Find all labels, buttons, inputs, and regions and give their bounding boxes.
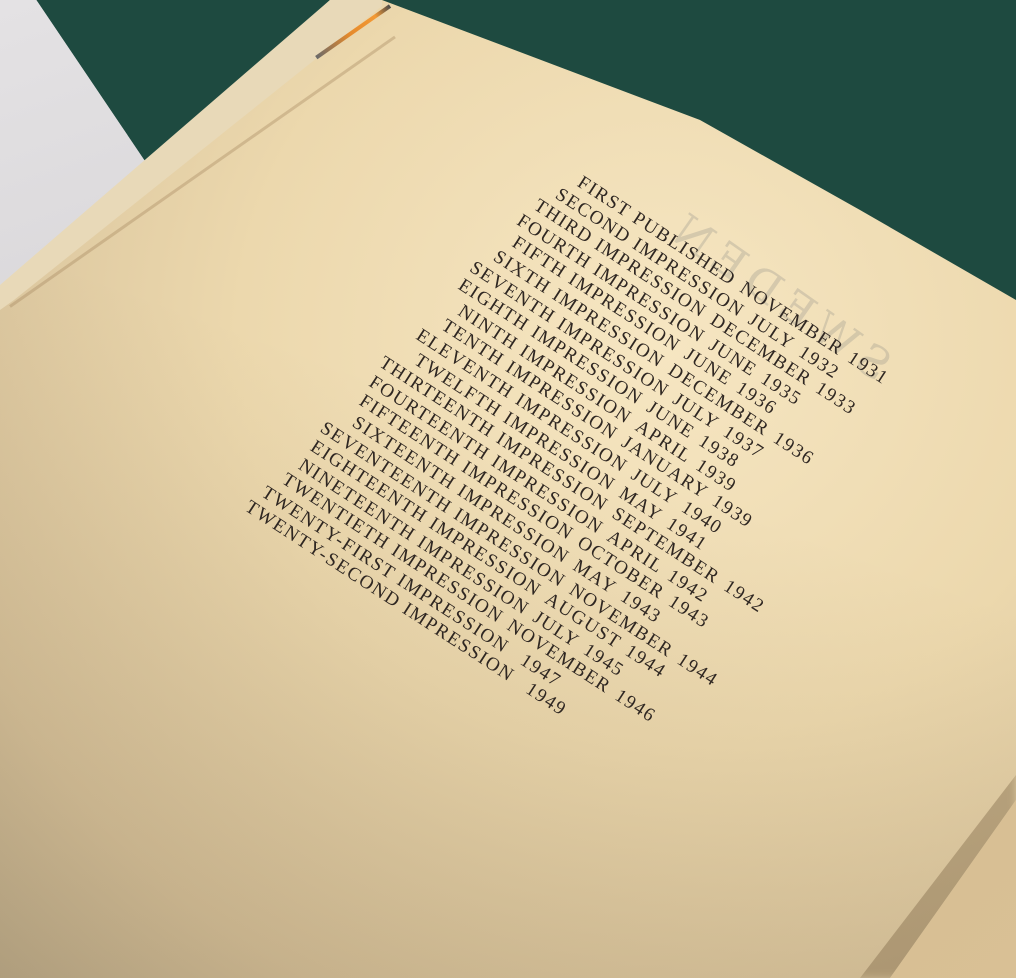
photo-scene: SWEDEN First publishedNovember1931 Secon… [0, 0, 1016, 978]
impression-month [514, 674, 525, 692]
impression-month [509, 645, 520, 663]
